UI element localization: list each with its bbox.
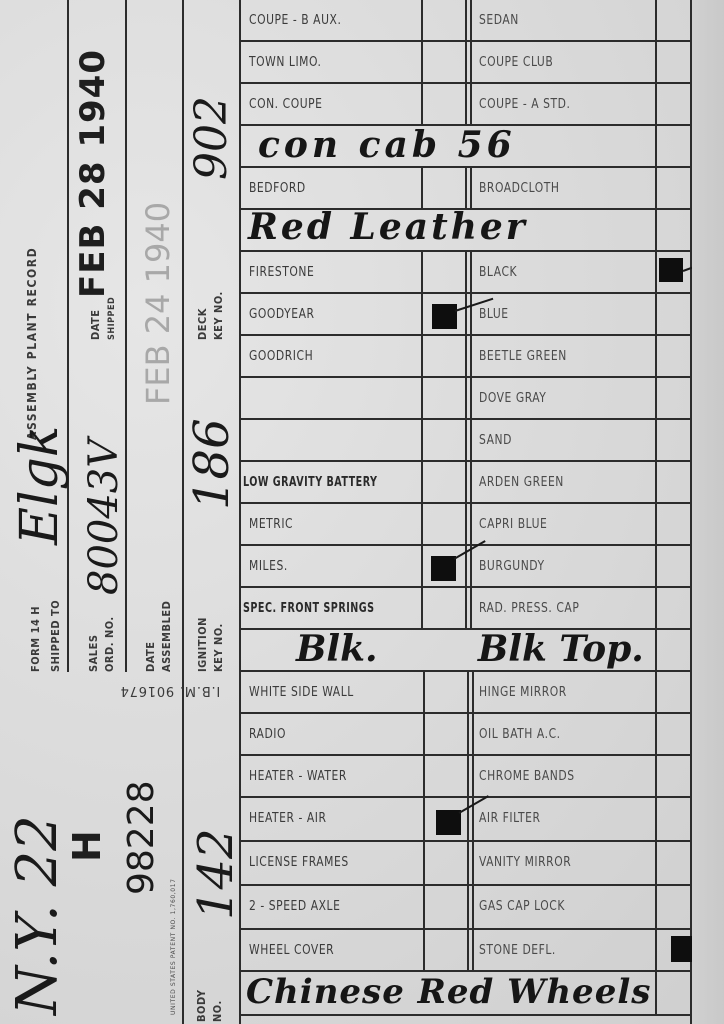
option-label: RADIO: [249, 727, 286, 742]
serial-stamp: 98228: [124, 780, 160, 895]
option-label: CON. COUPE: [249, 97, 323, 112]
option-label: BEETLE GREEN: [479, 349, 567, 364]
grid-row: HEATER - WATER CHROME BANDS: [240, 756, 692, 798]
option-label: METRIC: [249, 517, 293, 532]
option-label: AIR FILTER: [479, 811, 540, 826]
option-label: FIRESTONE: [249, 265, 314, 280]
grid-row: WHITE SIDE WALL HINGE MIRROR: [240, 672, 692, 714]
option-label: SPEC. FRONT SPRINGS: [243, 601, 375, 616]
sales-ord-no-value: 80043V: [84, 439, 124, 595]
upholstery-handwritten: Red Leather: [248, 206, 528, 248]
grid-line: [240, 1014, 692, 1016]
option-label: COUPE - B AUX.: [249, 13, 341, 28]
assembly-plant-record-card: ASSEMBLY PLANT RECORD FORM 14 H SHIPPED …: [0, 0, 724, 1024]
column-divider: [421, 166, 423, 210]
grid-row: RADIO OIL BATH A.C.: [240, 714, 692, 756]
plant-handwritten: N.Y. 22: [10, 815, 66, 1015]
ignition-key-no-label: KEY NO.: [213, 623, 225, 672]
option-label: BLACK: [479, 265, 517, 280]
option-label: 2 - SPEED AXLE: [249, 899, 340, 914]
date-assembled-label-1: DATE: [145, 641, 157, 672]
ord-no-label: ORD. NO.: [104, 616, 116, 672]
grid-row: WHEEL COVER STONE DEFL.: [240, 930, 692, 972]
plant-code: H: [68, 830, 106, 862]
option-label: VANITY MIRROR: [479, 855, 571, 870]
date-label: DATE: [90, 309, 102, 340]
option-label: MILES.: [249, 559, 288, 574]
grid-line: [240, 970, 692, 972]
ignition-key-no-value: 186: [188, 418, 236, 510]
grid-line: [240, 796, 692, 798]
column-divider: [421, 250, 423, 630]
grid-row: LICENSE FRAMES VANITY MIRROR: [240, 842, 692, 884]
column-divider: [423, 670, 425, 972]
option-label: SEDAN: [479, 13, 519, 28]
column-divider: [421, 0, 423, 126]
form-title: ASSEMBLY PLANT RECORD: [26, 247, 38, 440]
column-divider: [467, 670, 469, 972]
option-label: BROADCLOTH: [479, 181, 560, 196]
body-no-value: 142: [192, 828, 240, 920]
option-label: RAD. PRESS. CAP: [479, 601, 579, 616]
column-divider: [655, 0, 657, 1014]
form-number-label: FORM 14 H: [30, 606, 42, 672]
option-label: BLUE: [479, 307, 509, 322]
option-label: CAPRI BLUE: [479, 517, 547, 532]
options-grid: COUPE - B AUX. SEDAN TOWN LIMO. COUPE CL…: [240, 0, 692, 1024]
wheels-handwritten: Chinese Red Wheels: [246, 972, 651, 1012]
column-divider: [472, 670, 474, 972]
option-label: COUPE - A STD.: [479, 97, 570, 112]
color-top-handwritten: Blk. Blk Top.: [296, 628, 644, 670]
divider-line: [67, 0, 69, 672]
body-label: BODY: [196, 989, 208, 1022]
ignition-label: IGNITION: [197, 617, 209, 672]
option-label: CHROME BANDS: [479, 769, 575, 784]
grid-line: [240, 754, 692, 756]
shipped-label: SHIPPED: [106, 297, 118, 340]
handwritten-row: Blk. Blk Top.: [240, 630, 692, 672]
option-label: WHEEL COVER: [249, 943, 334, 958]
option-label: HEATER - WATER: [249, 769, 347, 784]
grid-row: HEATER - AIR AIR FILTER: [240, 798, 692, 840]
column-divider: [465, 166, 467, 210]
date-shipped-stamp: FEB 28 1940: [76, 49, 110, 298]
date-assembled-stamp: FEB 24 1940: [142, 202, 174, 405]
shipped-to-value: Elgk: [14, 426, 66, 545]
grid-row: 2 - SPEED AXLE GAS CAP LOCK: [240, 886, 692, 928]
option-label: COUPE CLUB: [479, 55, 553, 70]
body-type-handwritten: con cab 56: [258, 124, 516, 166]
sales-label: SALES: [88, 635, 100, 672]
shipped-to-label: SHIPPED TO: [50, 600, 62, 672]
patent-text: UNITED STATES PATENT NO. 1,760,017: [170, 878, 177, 1015]
grid-line: [240, 840, 692, 842]
divider-line: [182, 0, 184, 1024]
option-label: WHITE SIDE WALL: [249, 685, 354, 700]
option-label: HEATER - AIR: [249, 811, 327, 826]
date-assembled-label-2: ASSEMBLED: [161, 601, 173, 672]
paper-edge: [692, 0, 724, 1024]
option-label: LICENSE FRAMES: [249, 855, 349, 870]
option-label: OIL BATH A.C.: [479, 727, 561, 742]
option-label: GOODYEAR: [249, 307, 315, 322]
option-label: ARDEN GREEN: [479, 475, 564, 490]
deck-key-no-value: 902: [190, 96, 234, 180]
column-divider: [470, 166, 472, 210]
grid-line: [240, 884, 692, 886]
handwritten-row: Red Leather: [240, 210, 692, 252]
ibm-number: I.B.M. 901674: [100, 683, 240, 698]
option-label: GOODRICH: [249, 349, 313, 364]
deck-label: DECK: [197, 308, 209, 340]
option-label: DOVE GRAY: [479, 391, 546, 406]
option-label: BURGUNDY: [479, 559, 545, 574]
option-label: LOW GRAVITY BATTERY: [243, 475, 377, 490]
option-label: BEDFORD: [249, 181, 306, 196]
option-label: TOWN LIMO.: [249, 55, 322, 70]
check-mark-heater-air: [436, 810, 461, 835]
grid-line: [240, 670, 692, 672]
check-mark-black: [659, 258, 683, 282]
option-label: HINGE MIRROR: [479, 685, 567, 700]
grid-line: [240, 712, 692, 714]
check-mark-goodyear: [432, 304, 457, 329]
check-mark-miles: [431, 556, 456, 581]
body-no-label: NO.: [212, 1000, 224, 1022]
handwritten-row: Chinese Red Wheels: [240, 972, 692, 1014]
column-divider: [470, 0, 472, 126]
handwritten-row: con cab 56: [240, 126, 692, 168]
option-label: STONE DEFL.: [479, 943, 556, 958]
option-label: SAND: [479, 433, 512, 448]
option-label: GAS CAP LOCK: [479, 899, 565, 914]
grid-line: [240, 928, 692, 930]
column-divider: [465, 0, 467, 126]
deck-key-no-label: KEY NO.: [213, 291, 225, 340]
